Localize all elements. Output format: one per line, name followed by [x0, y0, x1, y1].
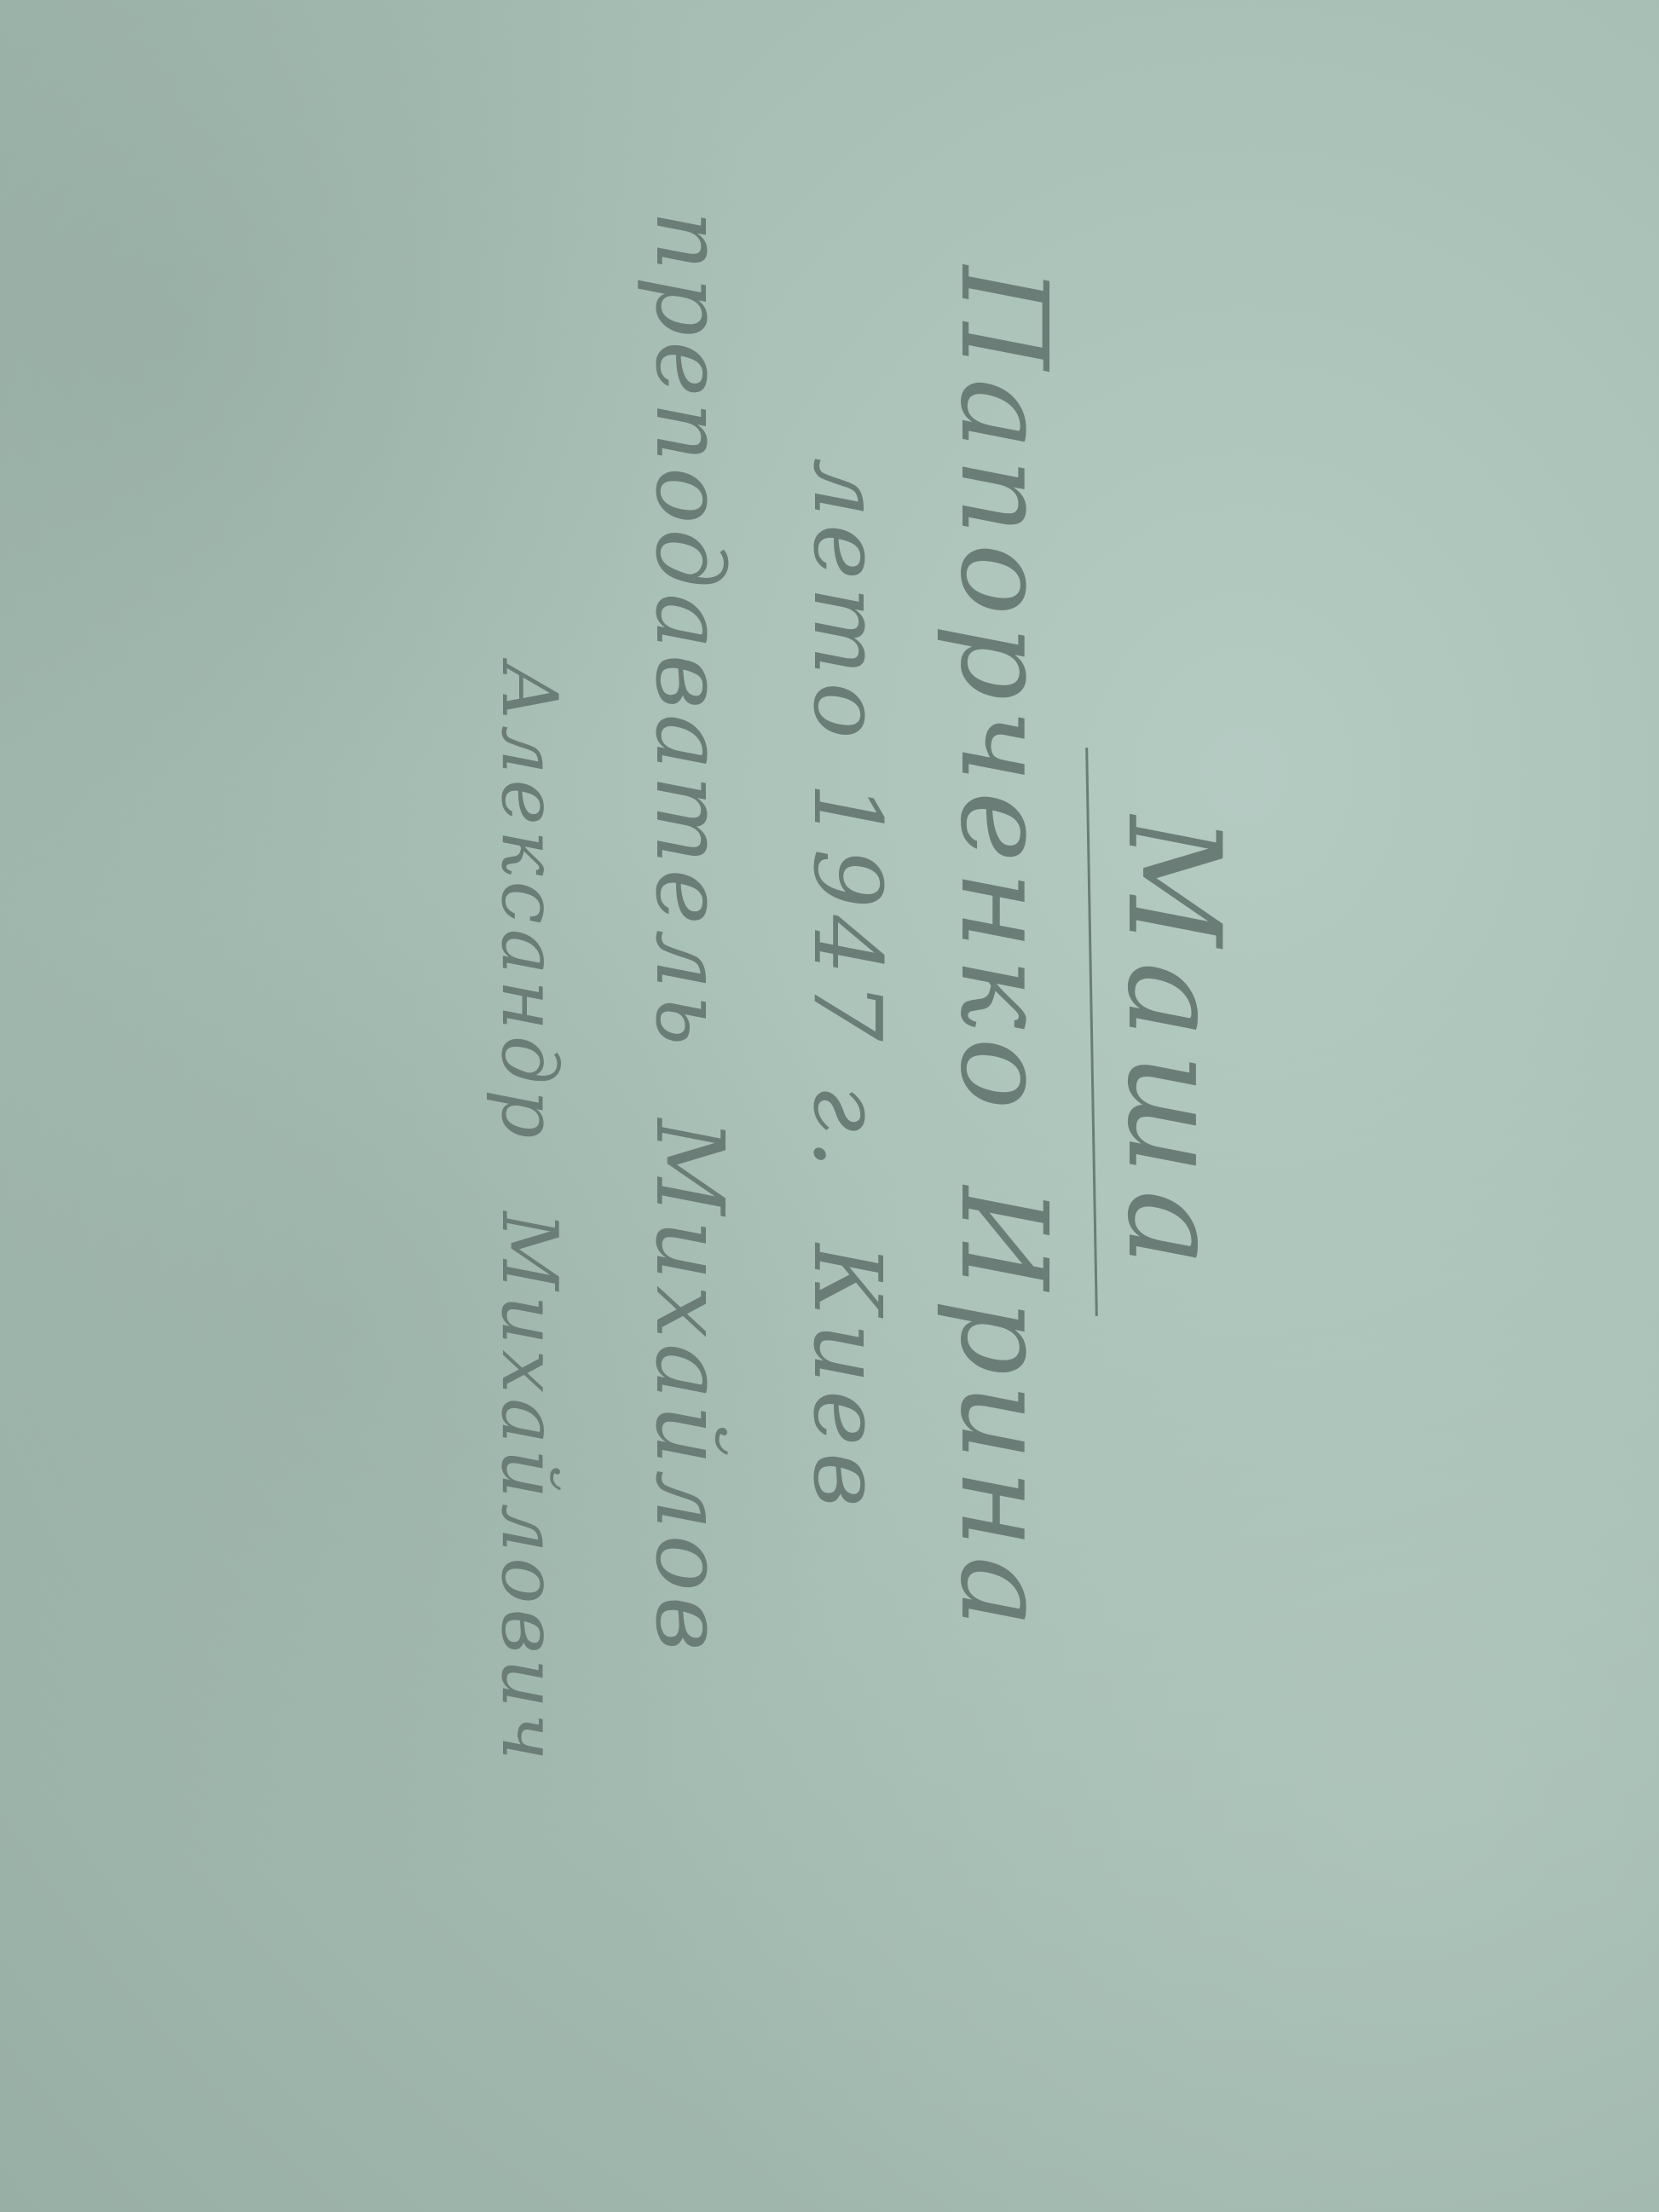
place: Киев: [793, 1244, 902, 1514]
first-name: Ирина: [934, 1187, 1072, 1637]
note-line-date-place: лето 1947 г.Киев: [793, 458, 902, 1514]
note-line-name: Маша: [1099, 816, 1247, 1282]
surname: Папорченко: [934, 266, 1072, 1118]
handwritten-note: Маша ПапорченкоИрина лето 1947 г.Киев пр…: [403, 83, 1256, 2128]
nickname: Маша: [1099, 816, 1247, 1282]
date: лето 1947 г.: [793, 458, 902, 1175]
note-line-teacher-name: АлександрМихайлович: [484, 662, 574, 1766]
note-line-fullname: ПапорченкоИрина: [934, 266, 1072, 1636]
teacher-label: преподаватель: [635, 211, 744, 1051]
teacher-patronymic: Михайлович: [484, 1211, 574, 1765]
teacher-first-name: Александр: [484, 662, 574, 1143]
underline: [1085, 748, 1098, 1315]
note-line-teacher: преподавательМихайлов: [635, 211, 744, 1656]
teacher-surname: Михайлов: [635, 1119, 744, 1656]
